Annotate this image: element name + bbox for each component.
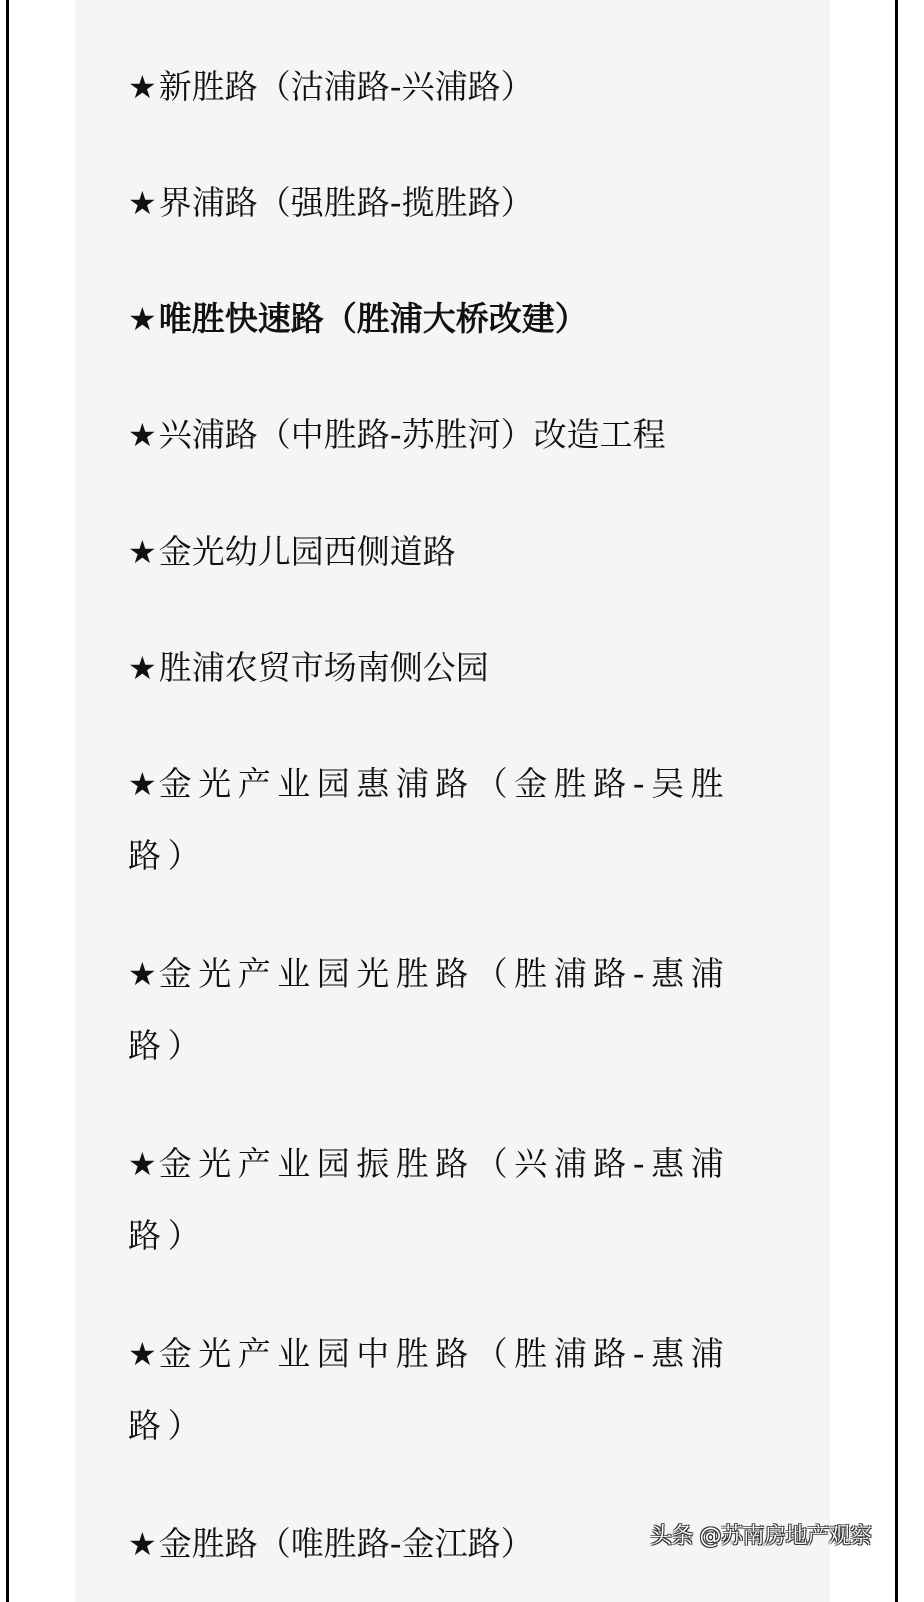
star-icon: ★ xyxy=(128,300,157,338)
list-item-text: 金光产业园振胜路（兴浦路-惠浦路） xyxy=(128,1144,730,1255)
star-icon: ★ xyxy=(128,649,157,687)
list-item-text: 金光产业园中胜路（胜浦路-惠浦路） xyxy=(128,1334,730,1445)
list-item: ★金光产业园振胜路（兴浦路-惠浦路） xyxy=(128,1128,778,1272)
star-icon: ★ xyxy=(128,1335,157,1373)
list-item-text: 唯胜快速路（胜浦大桥改建） xyxy=(159,299,588,338)
star-icon: ★ xyxy=(128,1145,157,1183)
list-item-text: 金光产业园光胜路（胜浦路-惠浦路） xyxy=(128,954,730,1065)
list-item-highlight: ★唯胜快速路（胜浦大桥改建） xyxy=(128,283,778,355)
list-item: ★金光产业园中胜路（胜浦路-惠浦路） xyxy=(128,1318,778,1462)
right-border xyxy=(895,0,898,1602)
star-icon: ★ xyxy=(128,533,157,571)
list-item-text: 金光产业园惠浦路（金胜路-吴胜路） xyxy=(128,764,730,875)
list-item-text: 界浦路（强胜路-揽胜路） xyxy=(159,183,534,222)
list-item-text: 金胜路（唯胜路-金江路） xyxy=(159,1524,534,1563)
list-item-text: 金光幼儿园西侧道路 xyxy=(159,532,456,571)
star-icon: ★ xyxy=(128,765,157,803)
list-item: ★金光幼儿园西侧道路 xyxy=(128,516,778,588)
watermark: 头条 @苏南房地产观察 xyxy=(650,1519,872,1550)
list-item: ★胜浦农贸市场南侧公园 xyxy=(128,632,778,704)
list-item: ★兴浦路（中胜路-苏胜河）改造工程 xyxy=(128,399,778,471)
list-item: ★金光产业园惠浦路（金胜路-吴胜路） xyxy=(128,748,778,892)
list-item: ★界浦路（强胜路-揽胜路） xyxy=(128,167,778,239)
star-icon: ★ xyxy=(128,416,157,454)
star-icon: ★ xyxy=(128,184,157,222)
star-icon: ★ xyxy=(128,68,157,106)
list-item: ★金光产业园光胜路（胜浦路-惠浦路） xyxy=(128,938,778,1082)
list-item-text: 胜浦农贸市场南侧公园 xyxy=(159,648,489,687)
list-item-text: 新胜路（沽浦路-兴浦路） xyxy=(159,67,534,106)
list-item-text: 兴浦路（中胜路-苏胜河）改造工程 xyxy=(159,415,666,454)
left-border xyxy=(6,0,9,1602)
list-item: ★新胜路（沽浦路-兴浦路） xyxy=(128,51,778,123)
star-icon: ★ xyxy=(128,1525,157,1563)
star-icon: ★ xyxy=(128,955,157,993)
